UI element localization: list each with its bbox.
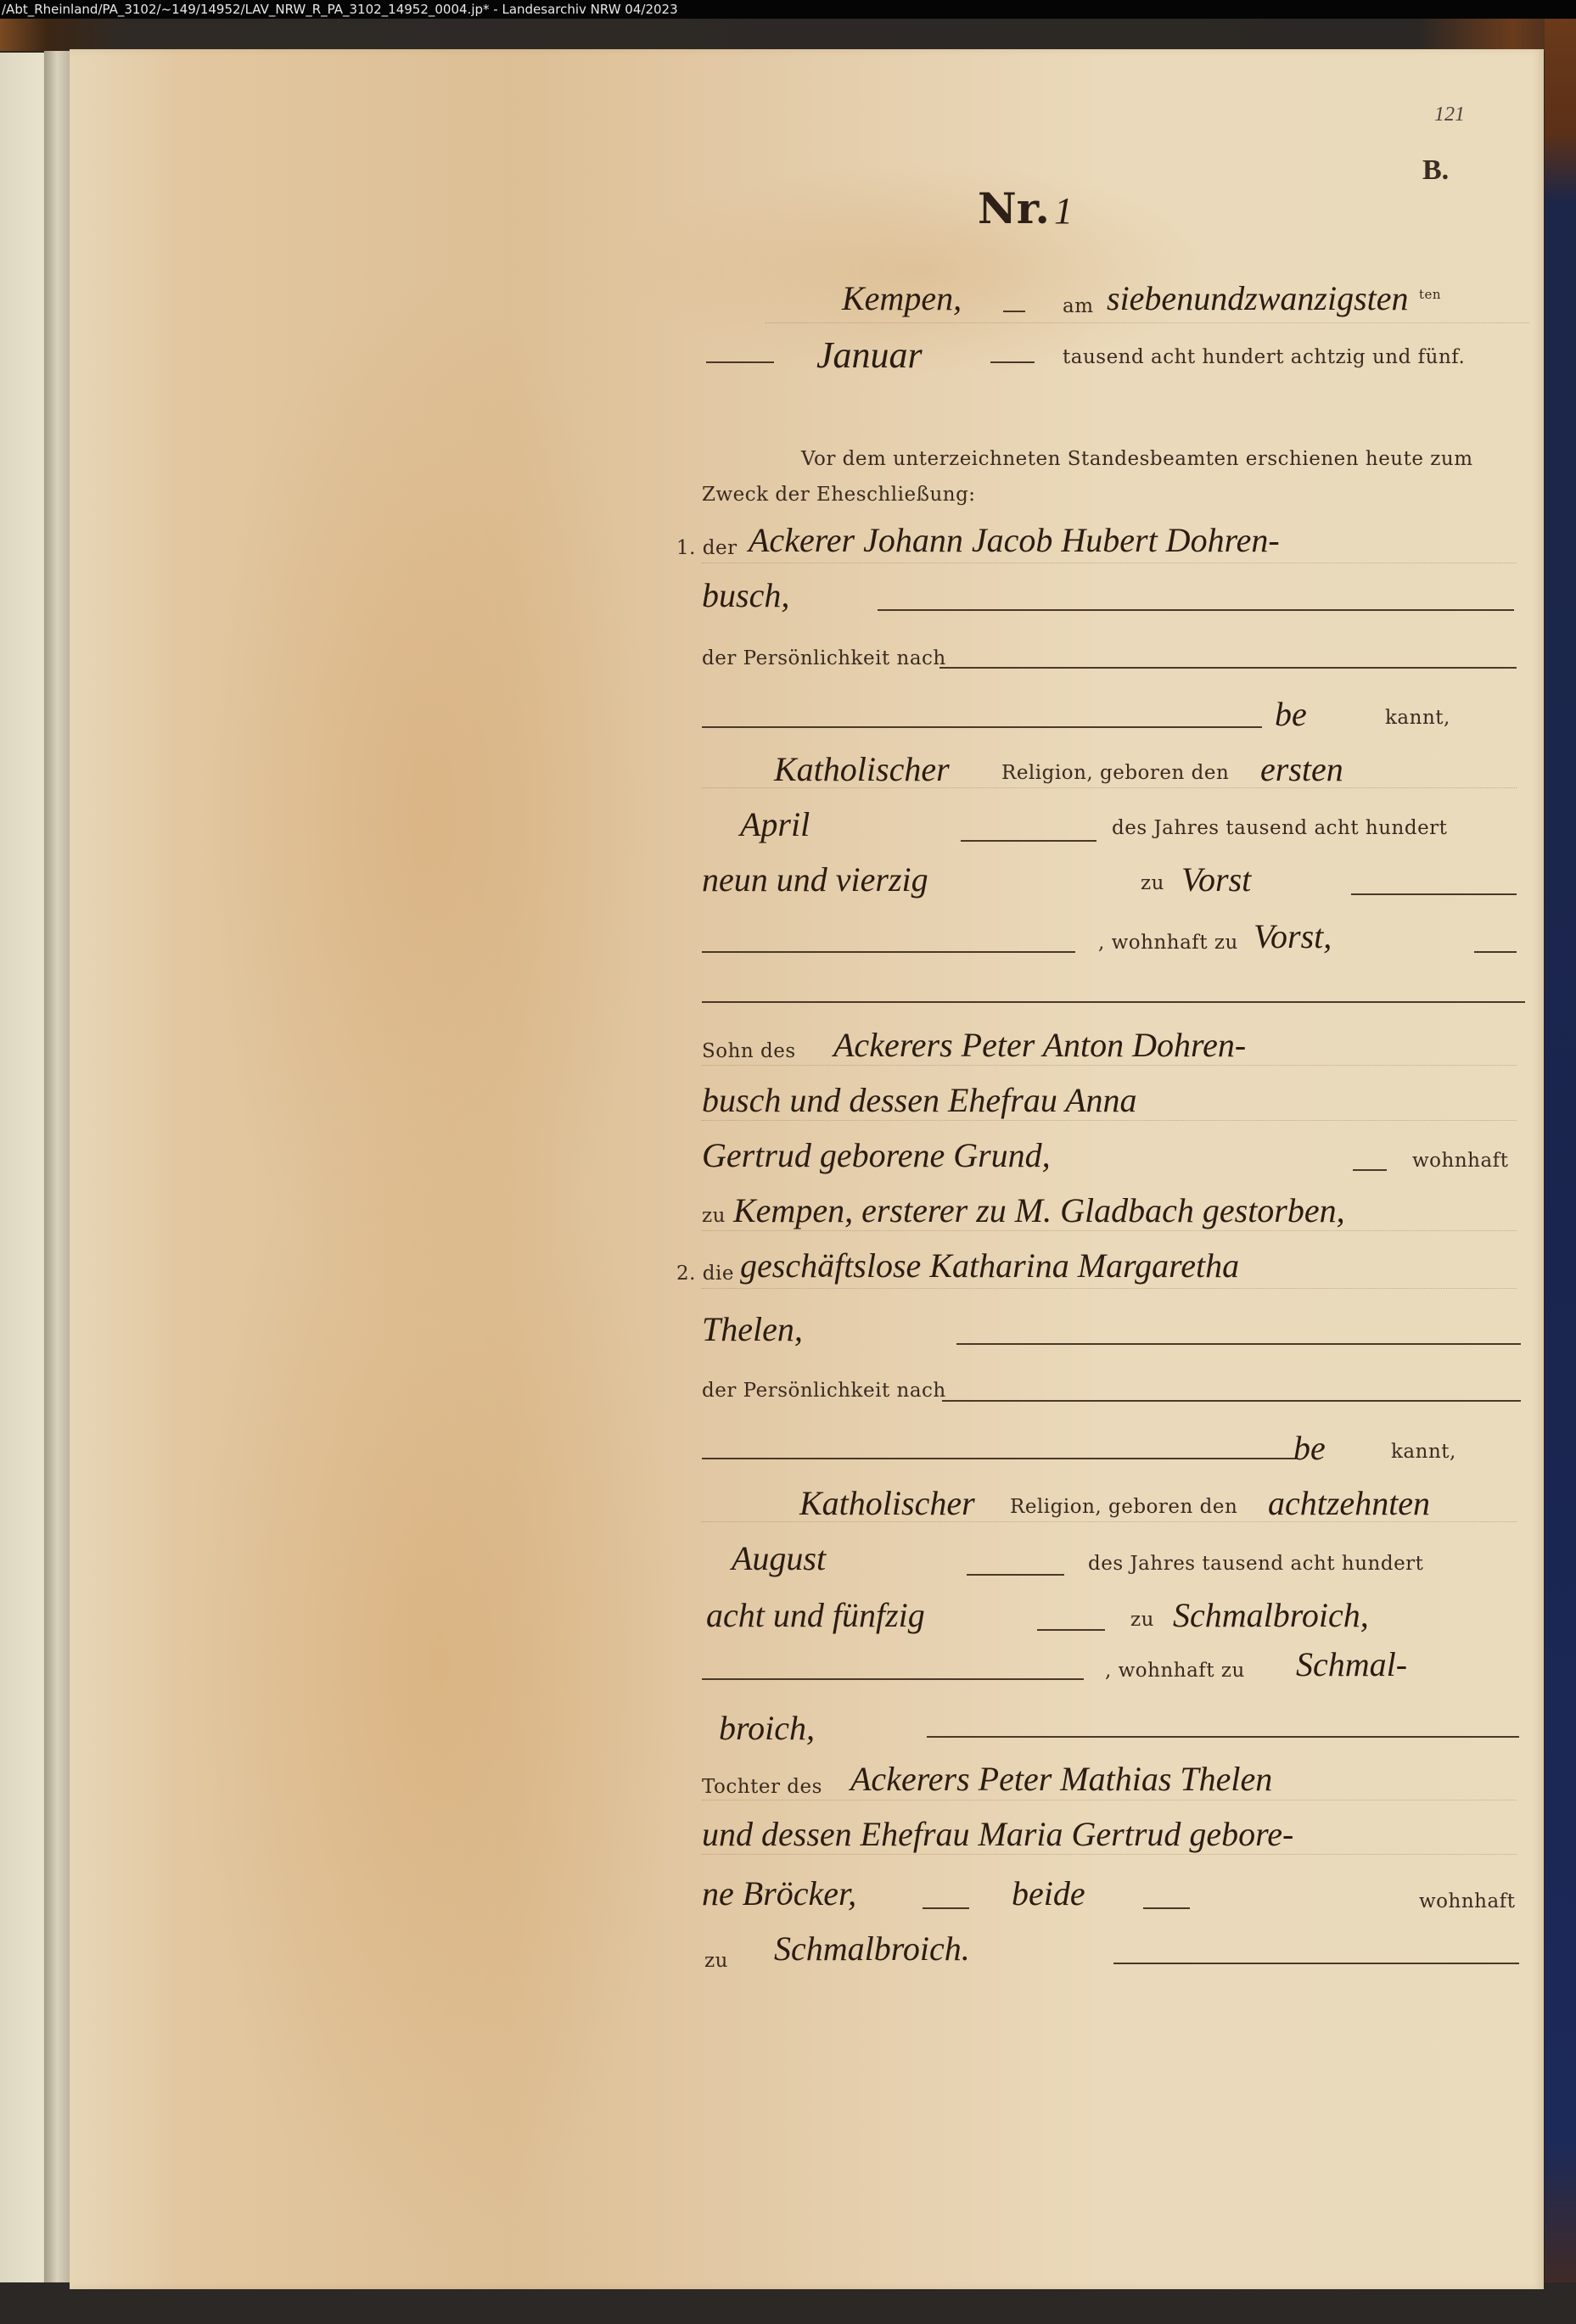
fill-rule [1003,311,1025,312]
groom-parents-residence-label: wohnhaft [1412,1150,1508,1172]
groom-birth-zu-label: zu [1141,872,1164,894]
bride-parents-line-2: und dessen Ehefrau Maria Gertrud gebore- [702,1814,1293,1854]
book-gutter [44,51,73,2291]
record-label: Nr. [978,183,1050,233]
bride-parents-line-1: Ackerers Peter Mathias Thelen [850,1759,1272,1799]
bride-identity-label: der Persönlichkeit nach [702,1380,946,1402]
guide-line [702,1288,1517,1289]
fill-rule [942,1400,1521,1402]
groom-birth-month: April [740,804,810,844]
intro-line-2: Zweck der Eheschließung: [702,484,976,506]
fill-rule [967,1574,1064,1576]
guide-line [702,1800,1517,1800]
groom-residence-label: , wohnhaft zu [1098,932,1238,954]
guide-line [702,1230,1517,1231]
fill-rule [702,951,1075,953]
bride-residence-line-1: Schmal- [1296,1644,1407,1684]
groom-known-prefix: be [1275,694,1307,734]
guide-line [702,1065,1517,1066]
groom-birth-place: Vorst [1181,860,1251,899]
bride-birth-zu-label: zu [1130,1609,1154,1631]
fill-rule [923,1907,969,1909]
bride-known-prefix: be [1293,1428,1326,1468]
groom-name-line-1: Ackerer Johann Jacob Hubert Dohren- [749,520,1280,560]
bride-parents-residence-label: wohnhaft [1419,1890,1515,1912]
fill-rule [1351,893,1517,895]
groom-year-label: des Jahres tausend acht hundert [1112,817,1447,839]
bride-year-label: des Jahres tausend acht hundert [1088,1553,1423,1575]
groom-known-suffix: kannt, [1385,707,1450,729]
bride-number-label: 2. die [676,1263,734,1285]
label-am: am [1063,295,1094,317]
record-number: Nr. 1 [978,183,1073,233]
groom-number-label: 1. der [676,537,738,559]
groom-birth-day: ersten [1260,749,1343,789]
groom-parents-line-1: Ackerers Peter Anton Dohren- [833,1025,1246,1065]
folio-number: 121 [1434,104,1465,126]
groom-birth-year: neun und vierzig [702,860,928,899]
guide-line [702,1521,1517,1522]
place-of-record: Kempen, [842,278,962,318]
day-suffix: ten [1419,287,1441,302]
bride-birth-place: Schmalbroich, [1173,1595,1369,1635]
bride-name-line-1: geschäftslose Katharina Margaretha [740,1246,1239,1285]
bride-parents-zu-label: zu [704,1950,728,1972]
bride-known-suffix: kannt, [1391,1441,1456,1463]
guide-line [702,1120,1517,1121]
fill-rule [702,726,1262,728]
guide-line [766,322,1529,323]
bride-religion: Katholischer [799,1483,975,1523]
intro-line-1: Vor dem unterzeichneten Standesbeamten e… [801,448,1473,470]
marriage-day: siebenundzwanzigsten [1107,278,1409,318]
groom-parents-line-3: Gertrud geborene Grund, [702,1135,1051,1175]
bride-religion-label: Religion, geboren den [1010,1496,1237,1518]
groom-religion-label: Religion, geboren den [1001,762,1229,784]
guide-line [702,1854,1517,1855]
guide-line [702,787,1517,788]
register-page: 121 B. Nr. 1 Kempen, am siebenundzwanzig… [70,49,1544,2289]
groom-parents-zu-label: zu [702,1205,726,1227]
fill-rule [702,1458,1296,1459]
fill-rule [927,1736,1519,1738]
fill-rule [702,1678,1084,1680]
bride-parents-both: beide [1012,1873,1085,1913]
guide-line [702,563,1517,563]
window-title-bar: /Abt_Rheinland/PA_3102/~149/14952/LAV_NR… [0,0,1576,19]
bride-parents-label: Tochter des [702,1776,822,1798]
section-divider [702,1001,1525,1003]
groom-religion: Katholischer [774,749,950,789]
bride-name-line-2: Thelen, [702,1309,803,1349]
fill-rule [878,609,1514,611]
bride-residence-label: , wohnhaft zu [1105,1660,1245,1682]
marriage-year: tausend acht hundert achtzig und fünf. [1063,346,1465,368]
bride-birth-year: acht und fünfzig [706,1595,925,1635]
groom-identity-label: der Persönlichkeit nach [702,647,946,669]
fill-rule [1474,951,1517,953]
fill-rule [1113,1963,1519,1964]
record-number-value: 1 [1054,190,1073,232]
fill-rule [1037,1629,1105,1631]
bride-birth-month: August [732,1538,826,1578]
fill-rule [1353,1169,1387,1171]
bride-parents-line-4: Schmalbroich. [774,1929,970,1968]
fill-rule [1143,1907,1190,1909]
window-title: /Abt_Rheinland/PA_3102/~149/14952/LAV_NR… [2,2,678,17]
groom-name-line-2: busch, [702,575,789,615]
bride-parents-line-3: ne Bröcker, [702,1873,856,1913]
groom-parents-label: Sohn des [702,1040,796,1062]
bride-residence-line-2: broich, [719,1708,815,1748]
book-cover-right-edge [1545,19,1576,2324]
groom-parents-line-2: busch und dessen Ehefrau Anna [702,1080,1137,1120]
fill-rule [956,1343,1521,1345]
marriage-month: Januar [816,333,923,377]
fill-rule [961,840,1096,842]
book-cover-top-edge [0,19,1576,51]
groom-parents-line-4: Kempen, ersterer zu M. Gladbach gestorbe… [733,1190,1345,1230]
groom-residence: Vorst, [1254,916,1332,956]
bride-birth-day: achtzehnten [1268,1483,1430,1523]
fill-rule [990,361,1035,363]
fill-rule [706,361,774,363]
form-letter: B. [1422,154,1449,187]
fill-rule [939,667,1517,669]
